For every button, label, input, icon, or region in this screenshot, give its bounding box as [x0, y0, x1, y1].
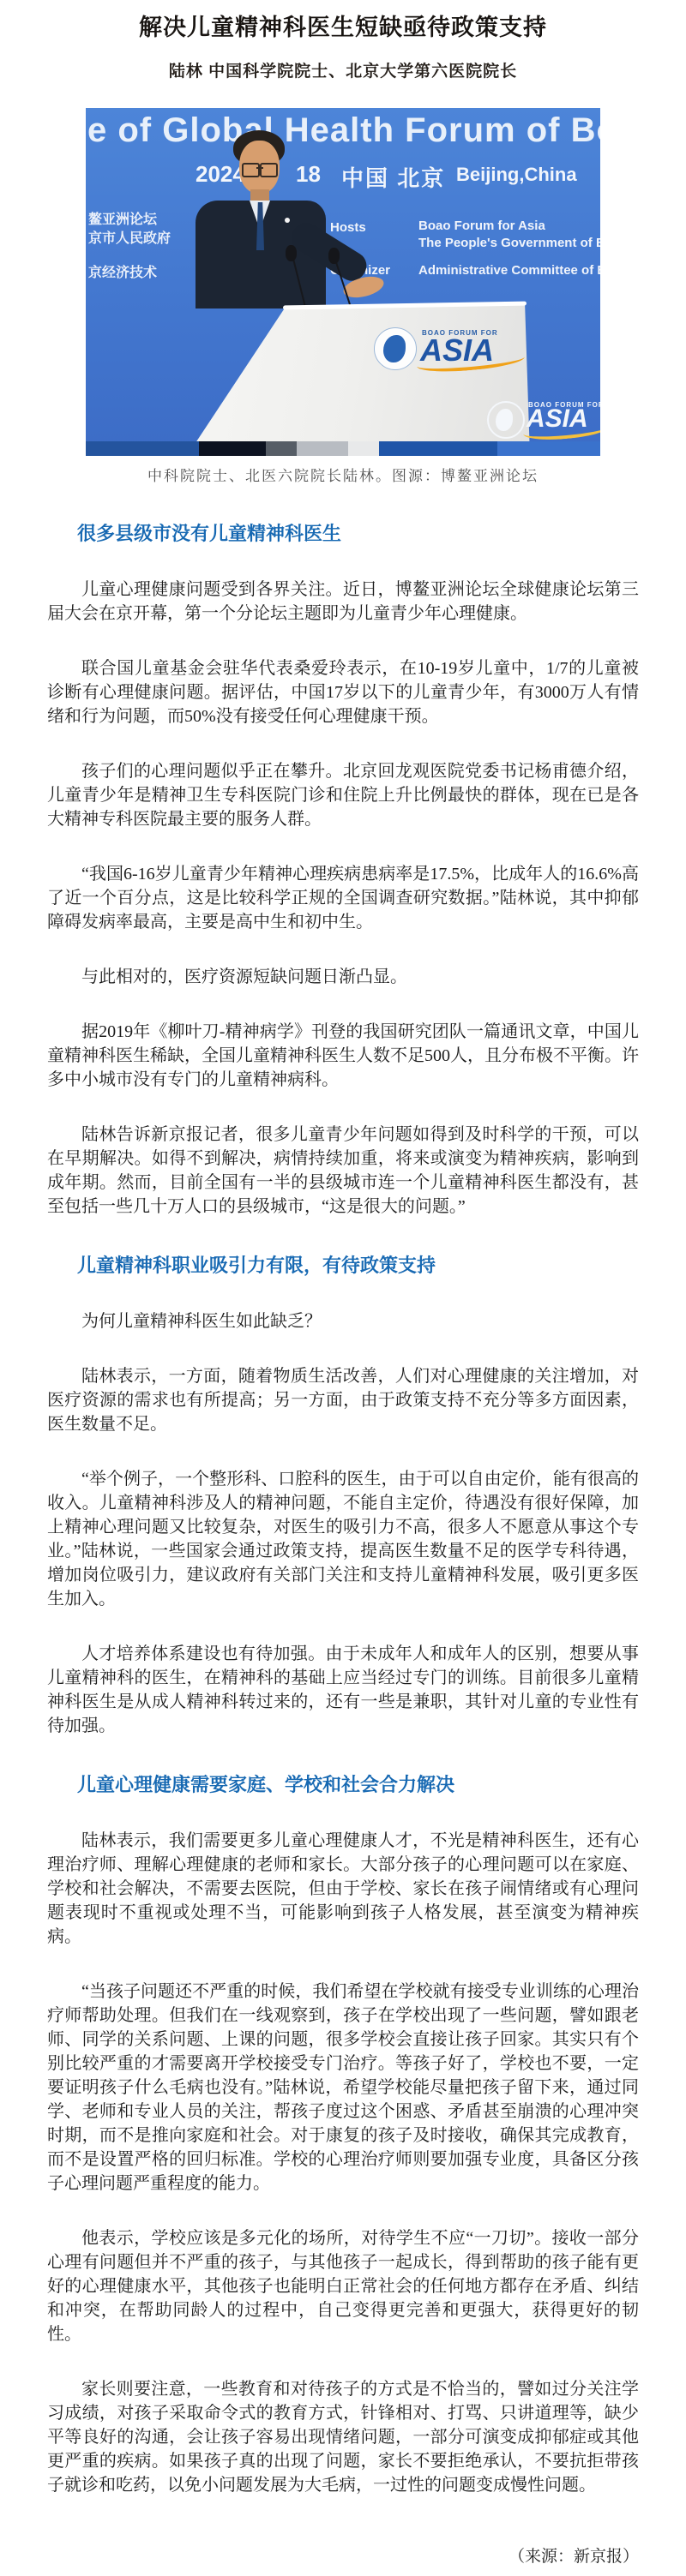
article-title: 解决儿童精神科医生短缺亟待政策支持 [47, 14, 639, 41]
source-attribution: （来源：新京报） [47, 2545, 639, 2569]
backdrop-left-line3: 京经济技术 [88, 264, 171, 283]
photo-backdrop-left-text: 鳌亚洲论坛 京市人民政府 京经济技术 [88, 211, 171, 283]
hosts-label: Hosts [330, 220, 366, 235]
paragraph: 人才培养体系建设也有待加强。由于未成年人和成年人的区别，想要从事儿童精神科的医生… [47, 1642, 639, 1738]
paragraph: 联合国儿童基金会驻华代表桑爱玲表示，在10-19岁儿童中，1/7的儿童被诊断有心… [47, 656, 639, 728]
paragraph: 陆林告诉新京报记者，很多儿童青少年问题如得到及时科学的干预，可以在早期解决。如得… [47, 1123, 639, 1219]
backdrop-left-line1: 鳌亚洲论坛 [88, 211, 171, 230]
microphone-icon [286, 245, 297, 261]
boao-forum-asia-logo-white: BOAO FORUM FOR ASIA [487, 398, 600, 446]
microphone-icon [328, 248, 340, 264]
boao-forum-asia-logo: BOAO FORUM FOR ASIA [374, 324, 537, 379]
paragraph: “举个例子，一个整形科、口腔科的医生，由于可以自由定价，能有很高的收入。儿童精神… [47, 1467, 639, 1611]
paragraph: “我国6-16岁儿童青少年精神心理疾病患病率是17.5%，比成年人的16.6%高… [47, 862, 639, 934]
photo-location-cn: 中国 北京 [341, 161, 445, 193]
globe-icon [487, 401, 525, 439]
section-heading: 儿童心理健康需要家庭、学校和社会合力解决 [47, 1772, 639, 1798]
photo-banner-text: e of Global Health Forum of Boa [87, 111, 600, 150]
paragraph: 据2019年《柳叶刀-精神病学》刊登的我国研究团队一篇通讯文章，中国儿童精神科医… [47, 1020, 639, 1092]
photo-location-en: Beijing,China [456, 164, 577, 186]
article-byline: 陆林 中国科学院院士、北京大学第六医院院长 [47, 62, 639, 82]
paragraph: 儿童心理健康问题受到各界关注。近日，博鳌亚洲论坛全球健康论坛第三届大会在京开幕，… [47, 578, 639, 626]
article-photo: e of Global Health Forum of Boa 2024. 18… [86, 108, 600, 456]
hosts-line2: The People's Government of Beijing M [418, 235, 600, 252]
hosts-line1: Boao Forum for Asia [418, 218, 600, 235]
section-heading: 儿童精神科职业吸引力有限，有待政策支持 [47, 1253, 639, 1279]
photo-date-row: 2024. 18 中国 北京 Beijing,China [86, 161, 600, 187]
speaker-lapel-pin [285, 218, 290, 223]
globe-icon [374, 327, 417, 370]
paragraph: 他表示，学校应该是多元化的场所，对待学生不应“一刀切”。接收一部分心理有问题但并… [47, 2226, 639, 2346]
paragraph: 孩子们的心理问题似乎正在攀升。北京回龙观医院党委书记杨甫德介绍，儿童青少年是精神… [47, 759, 639, 831]
section-heading: 很多县级市没有儿童精神科医生 [47, 521, 639, 547]
table-edge-strip [86, 441, 600, 456]
backdrop-left-line2: 京市人民政府 [88, 230, 171, 249]
photo-caption: 中科院院士、北医六院院长陆林。图源：博鳌亚洲论坛 [47, 466, 639, 487]
photo-date-day: 18 [296, 161, 321, 188]
paragraph: 为何儿童精神科医生如此缺乏？ [47, 1309, 639, 1333]
paragraph: 陆林表示，一方面，随着物质生活改善，人们对心理健康的关注增加，对医疗资源的需求也… [47, 1364, 639, 1436]
paragraph: “当孩子问题还不严重的时候，我们希望在学校就有接受专业训练的心理治疗师帮助处理。… [47, 1980, 639, 2196]
speaker-glasses [242, 163, 278, 174]
organizer-name: Administrative Committee of Beijing E [418, 263, 600, 278]
paragraph: 陆林表示，我们需要更多儿童心理健康人才，不光是精神科医生，还有心理治疗师、理解心… [47, 1829, 639, 1949]
hosts-names: Boao Forum for Asia The People's Governm… [418, 218, 600, 252]
paragraph: 与此相对的，医疗资源短缺问题日渐凸显。 [47, 965, 639, 989]
paragraph: 家长则要注意，一些教育和对待孩子的方式是不恰当的，譬如过分关注学习成绩，对孩子采… [47, 2377, 639, 2497]
article-page: 解决儿童精神科医生短缺亟待政策支持 陆林 中国科学院院士、北京大学第六医院院长 … [0, 14, 686, 2569]
